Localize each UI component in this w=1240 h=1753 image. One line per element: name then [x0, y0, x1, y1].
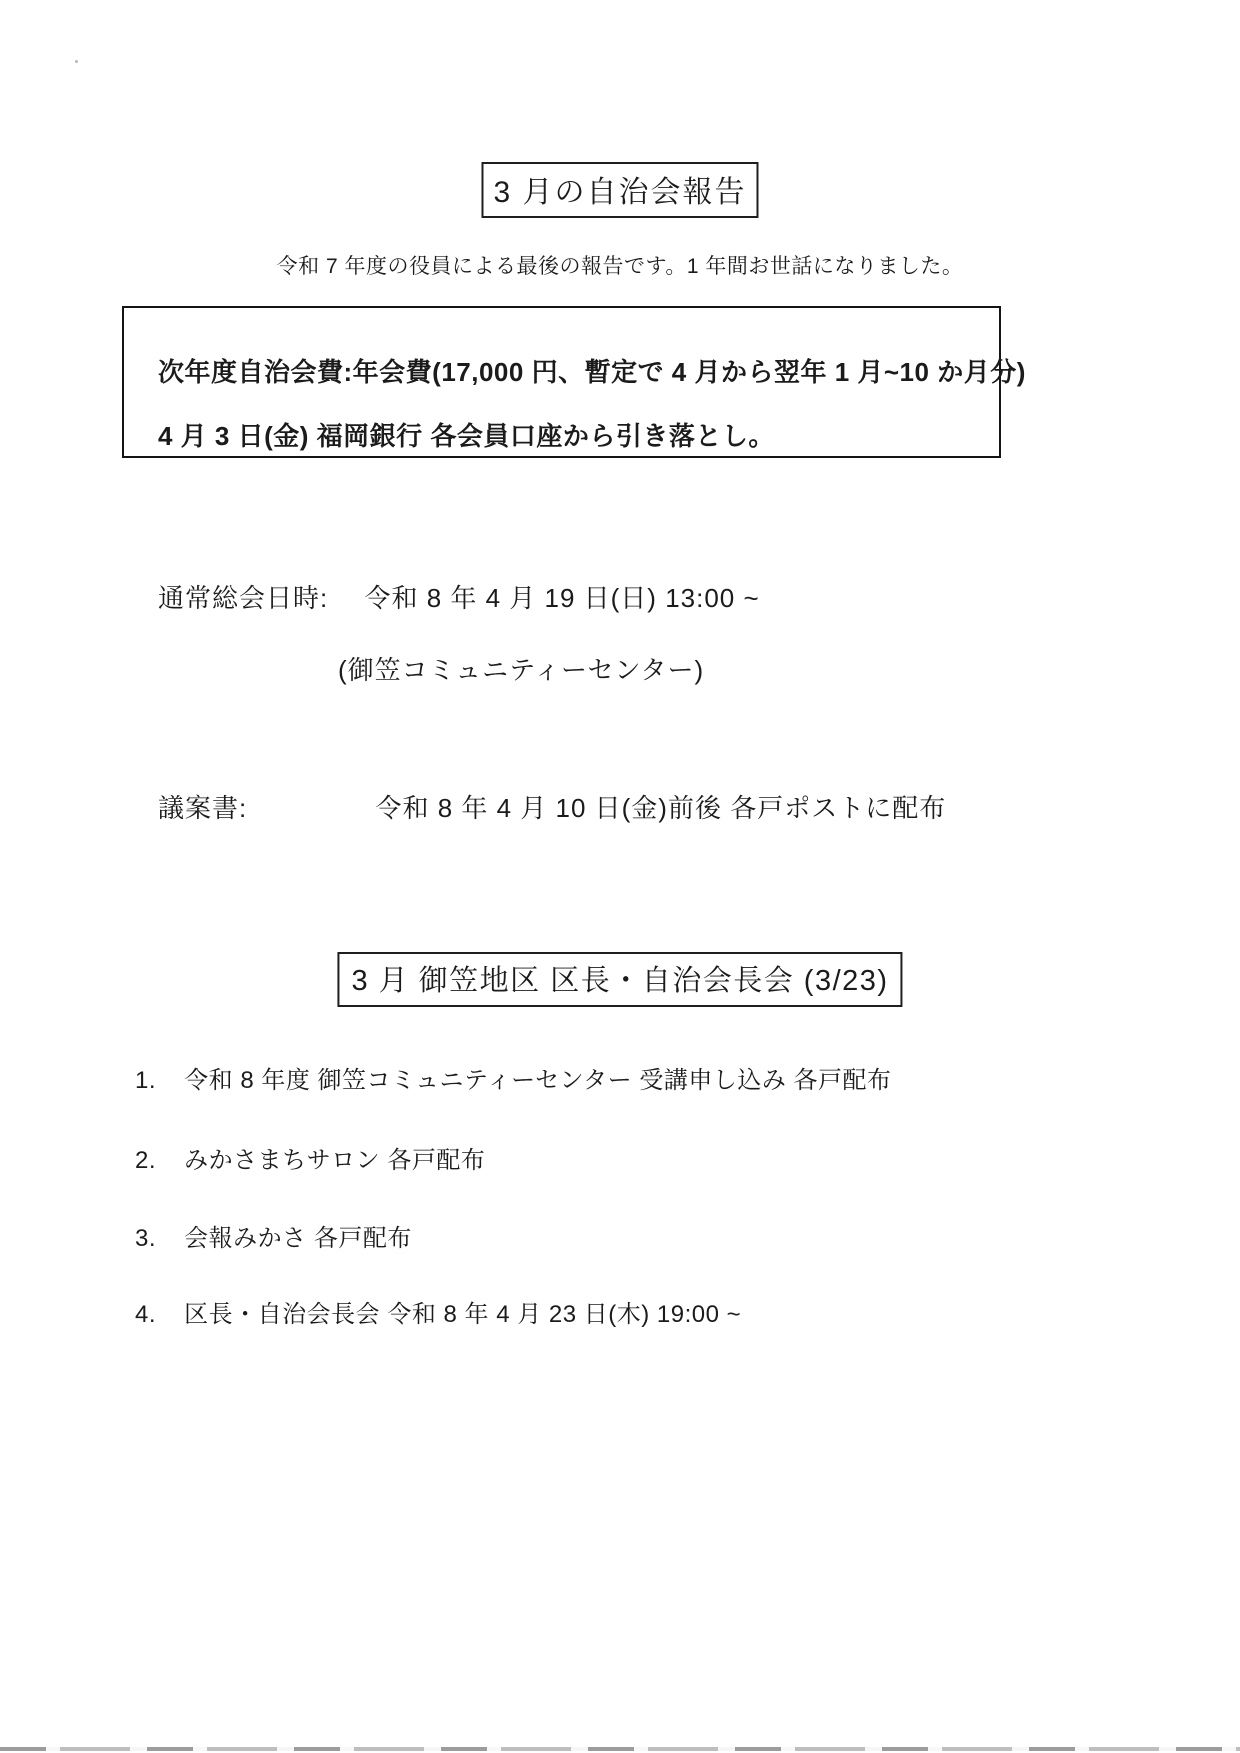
general-meeting-line: 通常総会日時: 令和 8 年 4 月 19 日(日) 13:00 ~ [158, 578, 760, 615]
list-item-number: 3. [135, 1225, 177, 1253]
agenda-text: 令和 8 年 4 月 10 日(金)前後 各戸ポストに配布 [375, 793, 946, 823]
agenda-label: 議案書: [158, 793, 247, 823]
bottom-scan-artifact [0, 1747, 1240, 1751]
document-subtitle: 令和 7 年度の役員による最後の報告です。1 年間お世話になりました。 [0, 250, 1240, 280]
list-item-number: 2. [135, 1147, 177, 1175]
general-meeting-label: 通常総会日時: [158, 583, 328, 613]
list-item-text: 会報みかさ 各戸配布 [184, 1225, 412, 1252]
fee-notice-line2: 4 月 3 日(金) 福岡銀行 各会員口座から引き落とし。 [158, 416, 775, 453]
list-item: 2. みかさまちサロン 各戸配布 [135, 1140, 485, 1175]
list-item-text: 区長・自治会長会 令和 8 年 4 月 23 日(木) 19:00 ~ [184, 1301, 741, 1328]
document-title: 3 月の自治会報告 [481, 162, 758, 218]
agenda-line: 議案書: 令和 8 年 4 月 10 日(金)前後 各戸ポストに配布 [158, 788, 946, 825]
list-item-number: 1. [135, 1067, 177, 1095]
list-item-number: 4. [135, 1301, 177, 1329]
general-meeting-venue: (御笠コミュニティーセンター) [338, 650, 704, 687]
list-item-text: みかさまちサロン 各戸配布 [184, 1147, 485, 1174]
fee-notice-box: 次年度自治会費:年会費(17,000 円、暫定で 4 月から翌年 1 月~10 … [122, 306, 1001, 458]
general-meeting-datetime: 令和 8 年 4 月 19 日(日) 13:00 ~ [364, 583, 759, 613]
scanned-document-page: 3 月の自治会報告 令和 7 年度の役員による最後の報告です。1 年間お世話にな… [0, 0, 1240, 1753]
scan-speck [75, 60, 78, 63]
fee-notice-line1: 次年度自治会費:年会費(17,000 円、暫定で 4 月から翌年 1 月~10 … [158, 352, 1026, 389]
list-item: 4. 区長・自治会長会 令和 8 年 4 月 23 日(木) 19:00 ~ [135, 1294, 741, 1329]
list-item-text: 令和 8 年度 御笠コミュニティーセンター 受講申し込み 各戸配布 [184, 1067, 891, 1094]
list-item: 3. 会報みかさ 各戸配布 [135, 1218, 412, 1253]
list-item: 1. 令和 8 年度 御笠コミュニティーセンター 受講申し込み 各戸配布 [135, 1060, 892, 1095]
section2-heading: 3 月 御笠地区 区長・自治会長会 (3/23) [337, 952, 902, 1007]
